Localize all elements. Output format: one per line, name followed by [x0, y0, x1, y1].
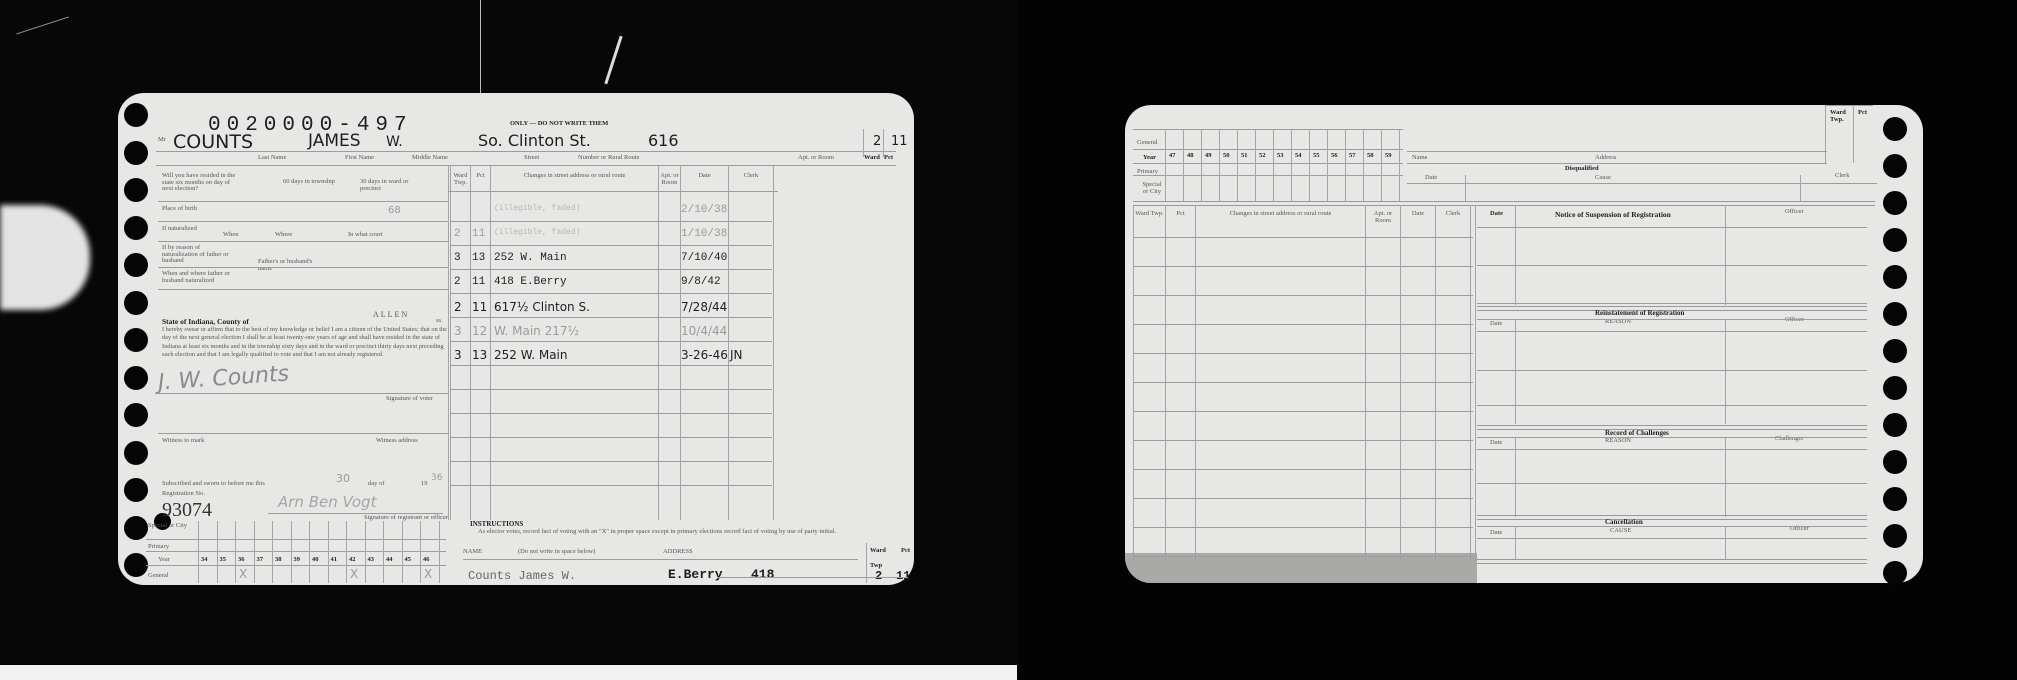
question-label: When: [223, 232, 283, 239]
year-cell: 38: [275, 557, 282, 564]
rule-line: [450, 341, 772, 342]
punch-hole: [1883, 117, 1907, 141]
cancellation-heading: Cancellation: [1605, 519, 1643, 526]
last-name: COUNTS: [173, 133, 253, 152]
rule-line: [1407, 183, 1877, 184]
stub-street: E.Berry: [668, 568, 723, 581]
column-line: [1725, 205, 1726, 305]
column-header: Changes in street address or rural route: [1197, 211, 1364, 218]
stub-name-label: NAME: [463, 549, 482, 556]
stub-precinct: 11: [896, 570, 910, 582]
cell-ward: 2: [454, 301, 462, 313]
column-line: [1291, 129, 1292, 201]
cell-date: 10/4/44: [681, 325, 727, 337]
rule-line: [1477, 538, 1867, 539]
rule-line: [718, 577, 908, 578]
stub-address-label: ADDRESS: [663, 549, 693, 556]
label-street: Street: [524, 155, 539, 162]
ward-value: 2: [873, 135, 881, 148]
rule-line: [1477, 483, 1867, 484]
rule-line: [450, 413, 772, 414]
double-rule: [1477, 515, 1867, 520]
year-cell: 59: [1385, 153, 1392, 160]
column-line: [1309, 129, 1310, 201]
disqualified-date-label: Date: [1425, 175, 1437, 182]
double-rule: [1477, 559, 1867, 564]
rule-line: [156, 151, 896, 152]
registration-number: 93074: [162, 500, 212, 520]
question-label: Will you have resided in the state six m…: [162, 173, 237, 193]
punch-hole: [124, 253, 148, 277]
cell-address: 617½ Clinton S.: [494, 301, 590, 313]
rule-line: [1477, 370, 1867, 371]
question-label: Place of birth: [162, 206, 222, 213]
table-row-line: [1133, 498, 1473, 499]
table-row-line: [1133, 295, 1473, 296]
question-label: If by reason of naturalization of father…: [162, 245, 237, 265]
punch-hole: [124, 441, 148, 465]
column-header: Date: [1402, 211, 1434, 218]
oath-text: I hereby swear or affirm that to the bes…: [162, 326, 452, 359]
voter-signature: J. W. Counts: [157, 363, 289, 394]
year-cell: 40: [312, 557, 319, 564]
punch-hole: [1883, 561, 1907, 585]
punch-hole: [124, 141, 148, 165]
cell-address: 418 E.Berry: [494, 277, 567, 288]
scan-shadow: [1125, 553, 1477, 583]
rule-line: [450, 437, 772, 438]
suspension-officer-label: Officer: [1785, 209, 1804, 216]
column-header: Pct: [472, 173, 489, 180]
column-line: [439, 521, 440, 583]
column-line: [235, 521, 236, 583]
question-label: Where: [275, 232, 335, 239]
punch-hole: [1883, 191, 1907, 215]
column-line: [1515, 205, 1516, 305]
year-cell: 34: [201, 557, 208, 564]
column-header: Clerk: [730, 173, 772, 180]
question-label: 60 days in township: [283, 179, 343, 186]
column-line: [198, 521, 199, 583]
column-line: [1327, 129, 1328, 201]
rule-line: [450, 221, 772, 222]
column-line: [1219, 129, 1220, 201]
punch-hole: [124, 478, 148, 502]
film-scratch: [480, 0, 481, 95]
rule-line: [450, 269, 772, 270]
reinstatement-officer-label: Officer: [1785, 317, 1804, 324]
question-label: Father's or husband's name: [258, 259, 318, 272]
column-line: [1725, 437, 1726, 517]
street-number: 616: [648, 133, 679, 149]
year-cell: 37: [257, 557, 264, 564]
column-header: Ward Twp.: [1135, 211, 1164, 218]
stub-ward: 2: [875, 570, 882, 582]
column-line: [217, 521, 218, 583]
year-cell: 45: [405, 557, 412, 564]
column-line: [1725, 526, 1726, 560]
column-line: [254, 521, 255, 583]
year-cell: 42: [349, 557, 356, 564]
column-line: [1800, 175, 1801, 201]
suspension-heading: Notice of Suspension of Registration: [1555, 211, 1671, 219]
question-label: If naturalized: [162, 226, 222, 233]
stub-pct-label: Pct: [901, 548, 910, 555]
label-name: Name: [1412, 155, 1428, 162]
column-line: [1273, 129, 1274, 201]
column-line: [1515, 437, 1516, 517]
column-header: Apt. or Room: [1367, 211, 1399, 224]
label-ward: Ward: [864, 155, 880, 162]
column-line: [863, 129, 864, 157]
rule-line: [1477, 526, 1867, 527]
challenges-heading: Record of Challenges: [1605, 430, 1669, 437]
rule-line: [158, 267, 448, 268]
vote-mark-x: X: [424, 568, 432, 580]
reinstatement-date-label: Date: [1490, 321, 1502, 328]
oath-ss: ss.: [436, 318, 443, 325]
year-cell: 43: [368, 557, 375, 564]
punch-hole: [124, 103, 148, 127]
county-value: ALLEN: [373, 311, 409, 319]
cell-date: 1/10/38: [681, 229, 727, 240]
year-cell: 57: [1349, 153, 1356, 160]
cell-ward: 3: [454, 349, 462, 361]
column-line: [1363, 129, 1364, 201]
label-number: Number or Rural Route: [578, 155, 640, 162]
cancellation-cause-label: CAUSE: [1610, 528, 1631, 535]
punch-hole: [1883, 228, 1907, 252]
registration-card-front: 0020000-497ONLY — DO NOT WRITE THEMMrCOU…: [118, 93, 914, 585]
column-line: [1725, 319, 1726, 424]
rule-line: [1477, 437, 1867, 438]
column-line: [1237, 129, 1238, 201]
cell-ward: 2: [454, 277, 461, 288]
rule-line: [448, 191, 778, 192]
column-line: [1165, 129, 1166, 201]
punch-hole: [124, 553, 148, 577]
middle-name: W.: [386, 135, 403, 149]
rule-line: [463, 559, 858, 560]
row-label-primary: Primary: [148, 544, 169, 551]
punch-hole: [124, 291, 148, 315]
cell-ward: 3: [454, 253, 461, 264]
precinct-value: 11: [891, 135, 908, 148]
cell-ward: 3: [454, 325, 462, 337]
rule-line: [1477, 265, 1867, 266]
signature-label: Signature of voter: [386, 396, 433, 403]
column-line: [1345, 129, 1346, 201]
rule-line: [1407, 151, 1827, 152]
label-first-name: First Name: [345, 155, 374, 162]
punch-hole: [1883, 154, 1907, 178]
punch-hole: [124, 178, 148, 202]
column-line: [1399, 129, 1400, 201]
punch-hole: [1883, 339, 1907, 363]
cancellation-date-label: Date: [1490, 530, 1502, 537]
witness-label: Witness to mark: [162, 438, 204, 445]
column-line: [291, 521, 292, 583]
cell-clerk: JN: [730, 349, 743, 361]
rule-line: [1477, 449, 1867, 450]
punch-hole: [1883, 413, 1907, 437]
rule-line: [450, 365, 772, 366]
label-pct: Pct: [1858, 110, 1867, 117]
registration-label: Registration No.: [162, 491, 205, 498]
officer-signature-label: Signature of registrant or officer: [364, 515, 448, 522]
row-label-year: Year: [158, 557, 170, 564]
label-ward-twp: Ward Twp.: [1830, 110, 1852, 123]
year-cell: 58: [1367, 153, 1374, 160]
punch-hole: [1883, 487, 1907, 511]
rule-line: [450, 245, 772, 246]
year-cell: 48: [1187, 153, 1194, 160]
table-row-line: [1133, 266, 1473, 267]
column-line: [402, 521, 403, 583]
first-name: JAMES: [308, 133, 361, 150]
punch-hole: [124, 366, 148, 390]
cell-date: 9/8/42: [681, 277, 721, 288]
rule-line: [1477, 227, 1867, 228]
do-not-write-note: (Do not write in space below): [518, 549, 595, 556]
year-cell: 46: [423, 557, 430, 564]
column-line: [309, 521, 310, 583]
rule-line: [450, 461, 772, 462]
column-header: Clerk: [1437, 211, 1469, 218]
column-line: [1475, 205, 1476, 560]
punch-hole: [1883, 524, 1907, 548]
label-last-name: Last Name: [258, 155, 286, 162]
year-cell: 52: [1259, 153, 1266, 160]
oath-heading: State of Indiana, County of: [162, 318, 249, 326]
row-label-general: General: [1137, 140, 1158, 147]
vote-mark-x: X: [239, 568, 247, 580]
rule-line: [158, 201, 448, 202]
column-line: [383, 521, 384, 583]
rule-line: [1477, 331, 1867, 332]
punch-hole: [124, 403, 148, 427]
table-row-line: [1133, 469, 1473, 470]
name-prefix: Mr: [158, 137, 166, 144]
row-label-special: Special or City: [1139, 182, 1165, 195]
cell-pct: 13: [472, 253, 485, 264]
year-cell: 35: [220, 557, 227, 564]
day-of-label: day of: [368, 481, 384, 488]
cell-date: 2/10/38: [681, 205, 727, 216]
column-line: [1183, 129, 1184, 201]
year-cell: 56: [1331, 153, 1338, 160]
challenges-reason-label: REASON: [1605, 438, 1631, 445]
stub-name: Counts James W.: [468, 570, 576, 582]
cell-ward: 2: [454, 229, 461, 240]
table-row-line: [1133, 353, 1473, 354]
header-notice: ONLY — DO NOT WRITE THEM: [510, 121, 608, 128]
table-row-line: [1133, 411, 1473, 412]
cell-pct: 11: [472, 301, 487, 313]
disqualified-cause-label: Cause: [1595, 175, 1611, 182]
row-label-year: Year: [1143, 155, 1156, 162]
punch-hole: [1883, 265, 1907, 289]
column-line: [420, 521, 421, 583]
label-pct: Pct: [884, 155, 893, 162]
registration-card-back: GeneralYearPrimarySpecial or City4748495…: [1125, 105, 1923, 583]
row-label-special: Special or City: [148, 523, 187, 530]
cell-pct: 13: [472, 349, 487, 361]
column-line: [1515, 526, 1516, 560]
section-divider: [448, 165, 449, 520]
year-cell: 39: [294, 557, 301, 564]
question-label: In what court: [348, 232, 408, 239]
question-label: 30 days in ward or precinct: [360, 179, 420, 192]
column-line: [328, 521, 329, 583]
challenges-date-label: Date: [1490, 440, 1502, 447]
scan-edge-strip: [0, 665, 1017, 680]
column-line: [1465, 175, 1466, 201]
year-cell: 50: [1223, 153, 1230, 160]
instructions-heading: INSTRUCTIONS: [470, 521, 523, 528]
label-apt: Apt. or Room: [798, 155, 834, 162]
column-line: [1825, 105, 1826, 163]
officer-signature: Arn Ben Vogt: [278, 495, 376, 510]
rule-line: [450, 485, 772, 486]
rule-line: [158, 433, 448, 434]
year-cell: 47: [1169, 153, 1176, 160]
label-middle-name: Middle Name: [412, 155, 448, 162]
disqualified-clerk-label: Clerk: [1835, 173, 1849, 180]
year-cell: 54: [1295, 153, 1302, 160]
column-line: [883, 129, 884, 157]
year-cell: 36: [238, 557, 245, 564]
instructions-text: As elector votes, record fact of voting …: [478, 529, 858, 536]
column-line: [272, 521, 273, 583]
punch-hole: [1883, 376, 1907, 400]
cell-address: (illegible, faded): [494, 229, 580, 237]
stub-ward-label: Ward: [870, 548, 886, 555]
year-cell: 51: [1241, 153, 1248, 160]
row-label-general: General: [148, 573, 169, 580]
column-header: Ward Twp.: [452, 173, 469, 186]
subscribed-text: Subscribed and sworn to before me this: [162, 481, 265, 488]
punch-hole: [124, 216, 148, 240]
punch-hole: [1883, 302, 1907, 326]
rule-line: [1477, 319, 1867, 320]
cell-address: W. Main 217½: [494, 325, 579, 337]
column-header: Date: [682, 173, 727, 180]
column-header: Pct: [1167, 211, 1194, 218]
year-cell: 55: [1313, 153, 1320, 160]
subscribed-year: 36: [431, 474, 442, 483]
witness-address-label: Witness address: [376, 438, 418, 445]
column-line: [346, 521, 347, 583]
cell-pct: 11: [472, 229, 485, 240]
birth-year-mark: 68: [388, 206, 401, 216]
question-label: When and where father or husband natural…: [162, 271, 237, 284]
table-row-line: [1133, 382, 1473, 383]
column-line: [773, 165, 774, 520]
cell-date: 7/10/40: [681, 253, 727, 264]
table-row-line: [1133, 527, 1473, 528]
double-rule: [1133, 201, 1875, 206]
cell-address: (illegible, faded): [494, 205, 580, 213]
rule-line: [158, 221, 448, 222]
cell-address: 252 W. Main: [494, 253, 567, 264]
column-line: [1255, 129, 1256, 201]
cell-date: 7/28/44: [681, 301, 727, 313]
punch-hole: [124, 328, 148, 352]
punch-hole: [124, 516, 148, 540]
year-cell: 44: [386, 557, 393, 564]
cell-address: 252 W. Main: [494, 349, 567, 361]
column-line: [365, 521, 366, 583]
street-address: So. Clinton St.: [478, 133, 591, 149]
table-row-line: [1133, 324, 1473, 325]
vote-mark-x: X: [350, 568, 358, 580]
rule-line: [1477, 303, 1867, 304]
punch-hole: [1883, 450, 1907, 474]
year-cell: 41: [331, 557, 338, 564]
column-line: [1515, 319, 1516, 424]
table-row-line: [1133, 440, 1473, 441]
cell-date: 3-26-46: [681, 349, 728, 361]
rule-line: [450, 317, 772, 318]
rule-line: [158, 241, 448, 242]
subscribed-day: 30: [336, 473, 350, 484]
rule-line: [1407, 163, 1827, 164]
rule-line: [156, 165, 896, 166]
double-rule: [1477, 425, 1867, 430]
rule-line: [1825, 105, 1873, 106]
rule-line: [158, 289, 448, 290]
rule-line: [450, 389, 772, 390]
rule-line: [1477, 405, 1867, 406]
cell-pct: 11: [472, 277, 485, 288]
label-address: Address: [1595, 155, 1616, 162]
year-prefix: 19: [421, 481, 428, 488]
table-row-line: [1133, 237, 1473, 238]
column-line: [1201, 129, 1202, 201]
column-line: [1381, 129, 1382, 201]
reinstatement-heading: Reinstatement of Registration: [1595, 310, 1684, 317]
disqualified-heading: Disqualified: [1565, 166, 1599, 173]
suspension-date-label: Date: [1490, 211, 1503, 218]
column-header: Apt. or Room: [660, 173, 679, 186]
cell-pct: 12: [472, 325, 487, 337]
column-header: Changes in street address or rural route: [492, 173, 657, 180]
column-line: [1853, 105, 1854, 163]
rule-line: [450, 293, 772, 294]
year-cell: 49: [1205, 153, 1212, 160]
stub-number: 418: [751, 568, 774, 581]
rule-line: [158, 393, 448, 394]
year-cell: 53: [1277, 153, 1284, 160]
